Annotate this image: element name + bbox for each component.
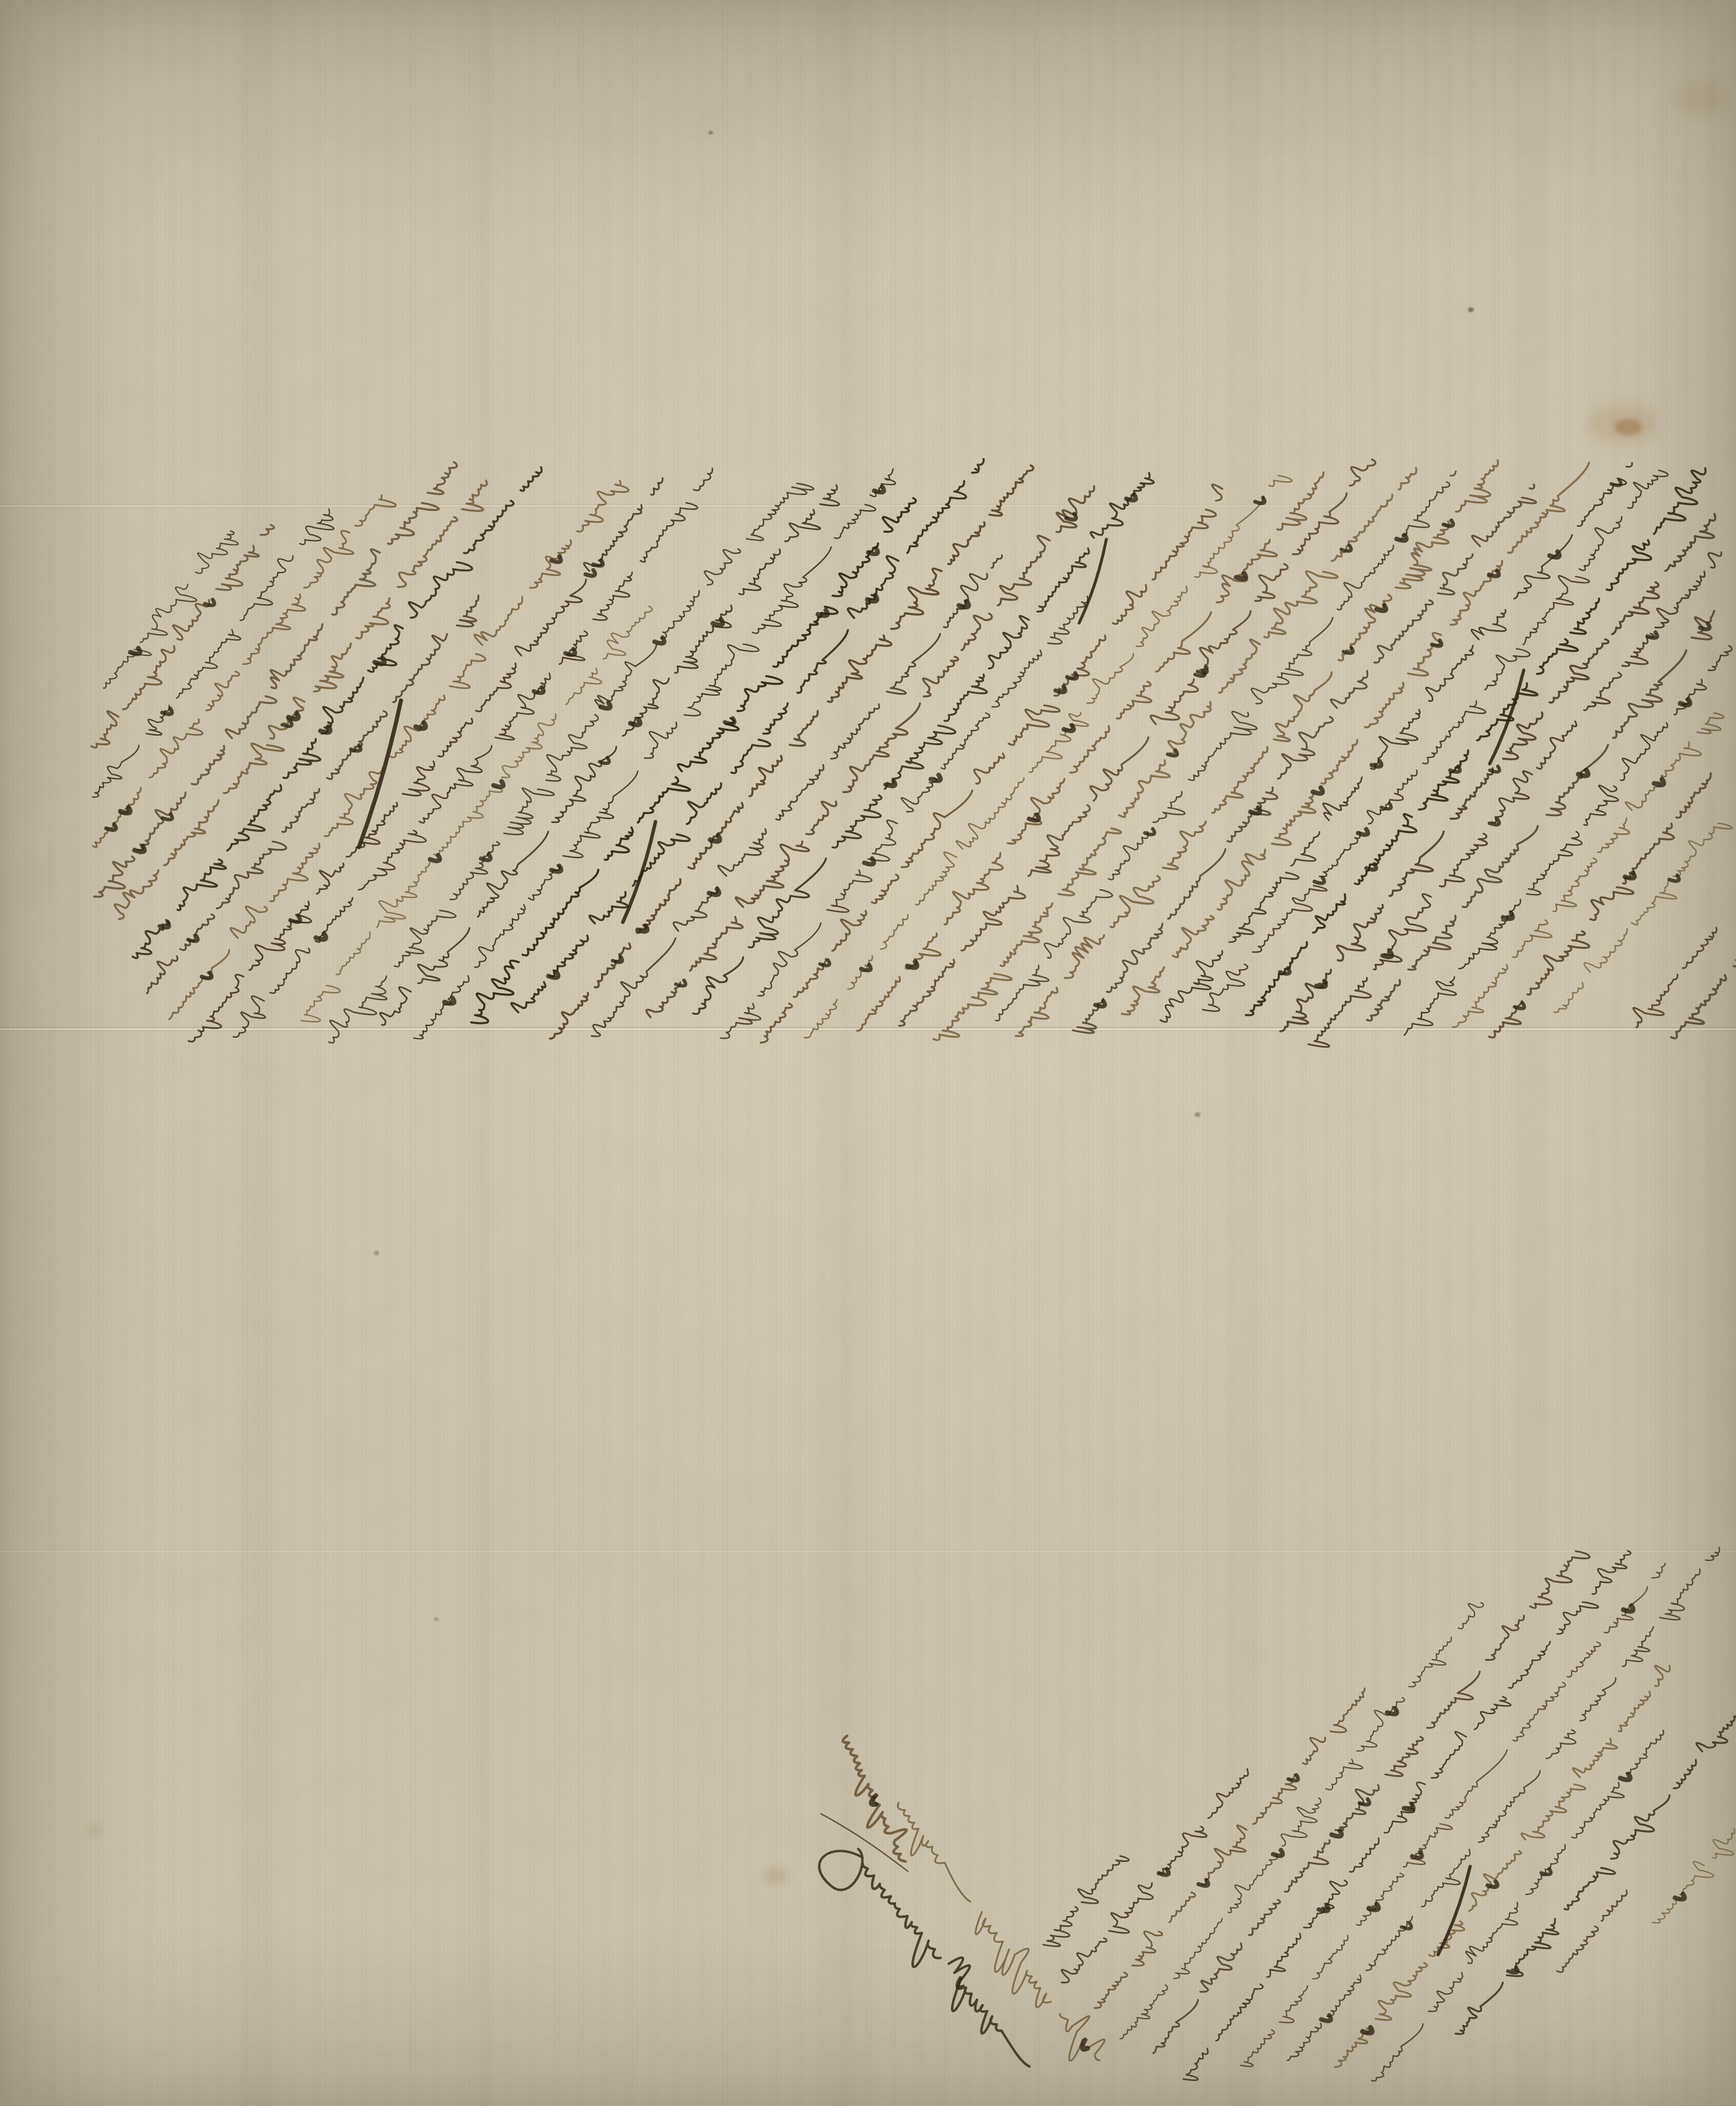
closing-text-block bbox=[1043, 1548, 1736, 2081]
scanned-letter-page: scanned handwritten letter page 1843 bbox=[0, 0, 1736, 2106]
ink-layer bbox=[0, 0, 1736, 2106]
main-text-block bbox=[91, 459, 1736, 1047]
docket-date-group bbox=[819, 1736, 1105, 2067]
